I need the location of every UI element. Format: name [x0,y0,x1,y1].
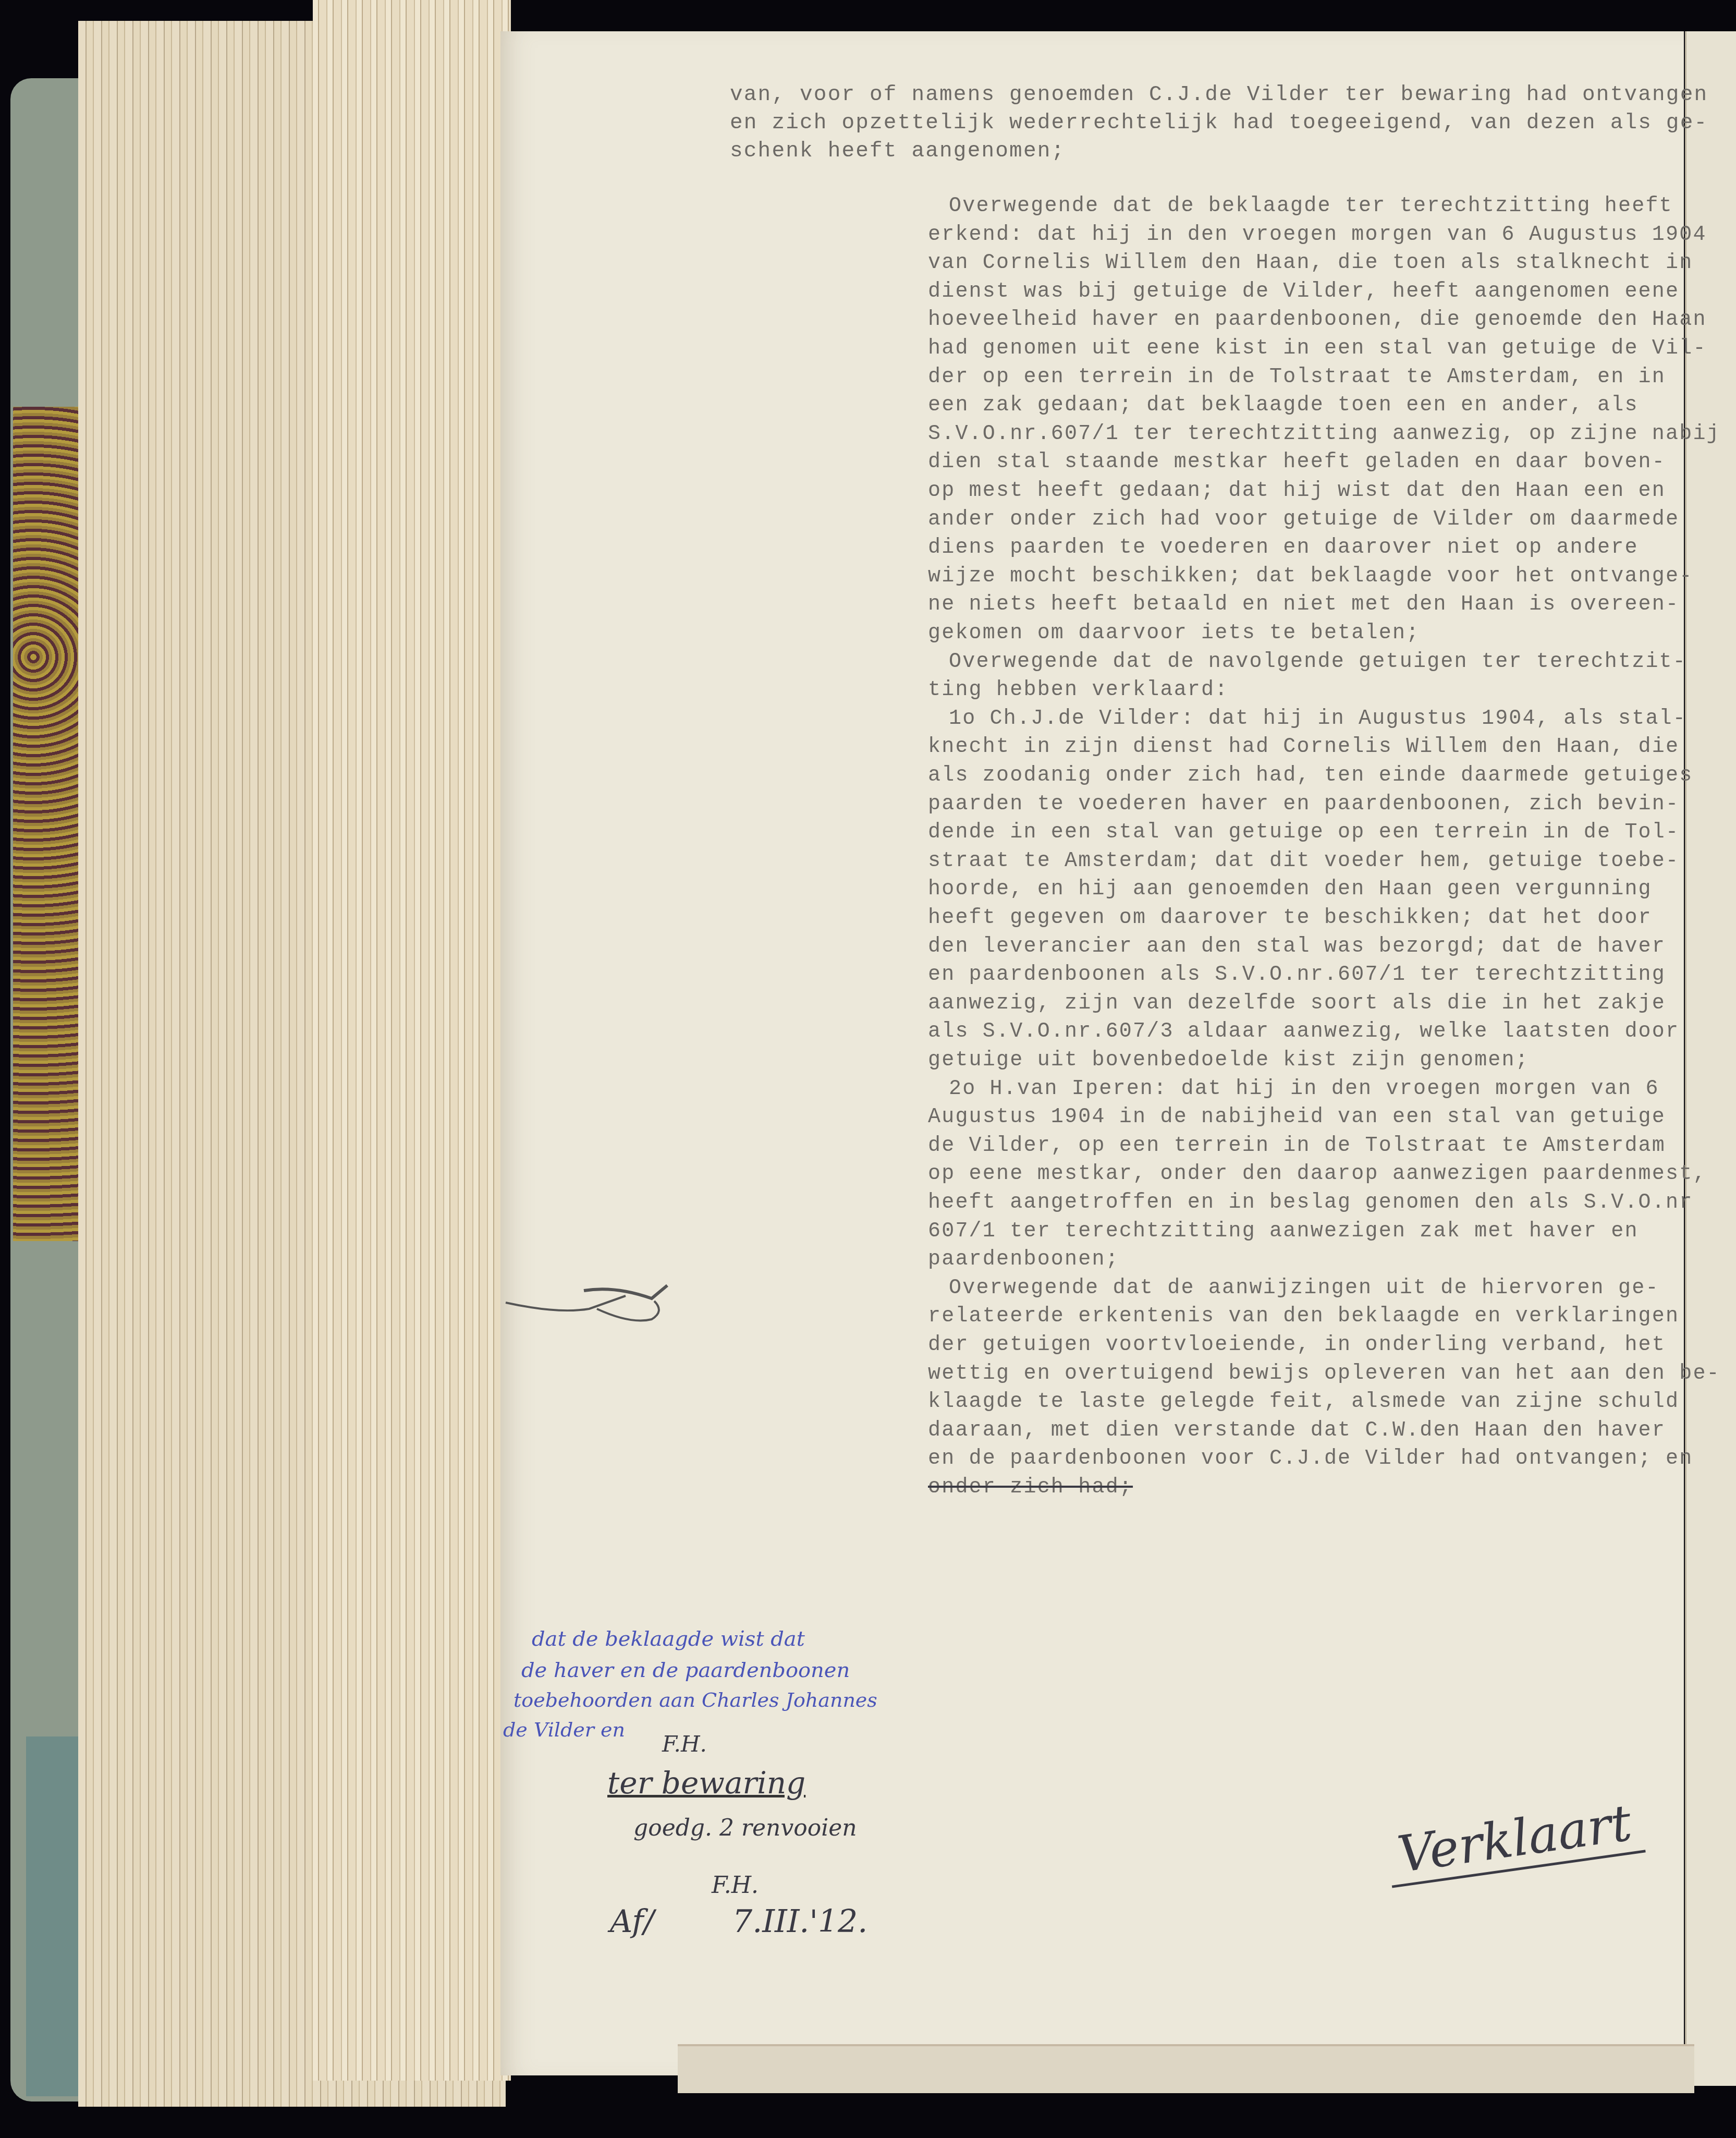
typed-line: van Cornelis Willem den Haan, die toen a… [928,253,1693,274]
typed-line: de Vilder, op een terrein in de Tolstraa… [928,1136,1666,1157]
typed-line: heeft aangetroffen en in beslag genomen … [928,1193,1693,1213]
typed-line: Overwegende dat de beklaagde ter terecht… [949,196,1673,217]
typed-line: van, voor of namens genoemden C.J.de Vil… [730,84,1708,106]
typed-line: den leverancier aan den stal was bezorgd… [928,937,1666,957]
typed-line: 2o H.van Iperen: dat hij in den vroegen … [949,1079,1659,1100]
typed-line: dien stal staande mestkar heeft geladen … [928,452,1666,473]
insertion-mark-icon [495,1283,678,1345]
margin-note-line-1: dat de beklaagde wist dat [532,1627,805,1651]
typed-line: Overwegende dat de navolgende getuigen t… [949,652,1686,673]
typed-line: dende in een stal van getuige op een ter… [928,822,1679,843]
typed-line: knecht in zijn dienst had Cornelis Wille… [928,737,1679,758]
typed-line: als zoodanig onder zich had, ten einde d… [928,766,1693,786]
typed-line: paarden te voederen haver en paardenboon… [928,794,1679,815]
typed-line: der op een terrein in de Tolstraat te Am… [928,367,1666,388]
typed-line: diens paarden te voederen en daarover ni… [928,538,1639,558]
margin-note-line-3: toebehoorden aan Charles Johannes [514,1688,877,1711]
margin-insert-ter-bewaring: ter bewaring [607,1765,805,1801]
typed-line: straat te Amsterdam; dat dit voeder hem,… [928,851,1679,872]
typed-line: Augustus 1904 in de nabijheid van een st… [928,1107,1666,1128]
margin-abbrev: Af/ [610,1903,654,1940]
typed-line: daaraan, met dien verstande dat C.W.den … [928,1420,1666,1441]
page-edges-stack-front [313,0,511,2081]
typed-line: 1o Ch.J.de Vilder: dat hij in Augustus 1… [949,709,1686,730]
typed-line: een zak gedaan; dat beklaagde toen een e… [928,395,1639,416]
margin-initials-1: F.H. [662,1731,707,1757]
typed-line: erkend: dat hij in den vroegen morgen va… [928,225,1707,246]
typed-line: ting hebben verklaard: [928,680,1229,701]
typed-line: had genomen uit eene kist in een stal va… [928,338,1707,359]
typed-line: wettig en overtuigend bewijs opleveren v… [928,1364,1720,1384]
margin-date: 7.III.'12. [732,1903,867,1940]
typed-line: ne niets heeft betaald en niet met den H… [928,594,1679,615]
margin-note-line-2: de haver en de paardenboonen [521,1658,850,1682]
typed-line: 607/1 ter terechtzitting aanwezigen zak … [928,1221,1639,1242]
typed-line: getuige uit bovenbedoelde kist zijn geno… [928,1050,1529,1071]
typed-line: en zich opzettelijk wederrechtelijk had … [730,113,1708,134]
typed-line: en de paardenboonen voor C.J.de Vilder h… [928,1449,1693,1469]
typed-line: gekomen om daarvoor iets te betalen; [928,623,1420,644]
typed-line: dienst was bij getuige de Vilder, heeft … [928,282,1679,302]
typed-line: Overwegende dat de aanwijzingen uit de h… [949,1278,1659,1299]
typed-line: S.V.O.nr.607/1 ter terechtzitting aanwez… [928,424,1720,445]
typed-line: onder zich had; [928,1477,1133,1498]
typed-line: op eene mestkar, onder den daarop aanwez… [928,1164,1707,1185]
typed-line: op mest heeft gedaan; dat hij wist dat d… [928,481,1666,502]
typed-line: en paardenboonen als S.V.O.nr.607/1 ter … [928,965,1666,986]
typed-line: der getuigen voortvloeiende, in onderlin… [928,1335,1666,1356]
typed-line: ander onder zich had voor getuige de Vil… [928,509,1679,530]
typed-line: wijze mocht beschikken; dat beklaagde vo… [928,566,1693,587]
typed-line: schenk heeft aangenomen; [730,141,1065,162]
typed-line: klaagde te laste gelegde feit, alsmede v… [928,1392,1679,1413]
typed-line: paardenboonen; [928,1249,1119,1270]
typed-line: hoeveelheid haver en paardenboonen, die … [928,310,1707,331]
margin-approval-renvooien: goedg. 2 renvooien [633,1815,857,1841]
typed-line: als S.V.O.nr.607/3 aldaar aanwezig, welk… [928,1022,1679,1042]
typed-line: relateerde erkentenis van den beklaagde … [928,1306,1679,1327]
margin-note-line-4: de Vilder en [503,1718,625,1741]
marbled-cover-paper [13,407,81,1241]
margin-initials-2: F.H. [712,1872,759,1899]
typed-line: aanwezig, zijn van dezelfde soort als di… [928,993,1666,1014]
typed-line: hoorde, en hij aan genoemden den Haan ge… [928,879,1652,900]
page-bottom-fold [678,2044,1694,2093]
typed-line: heeft gegeven om daarover te beschikken;… [928,908,1652,929]
